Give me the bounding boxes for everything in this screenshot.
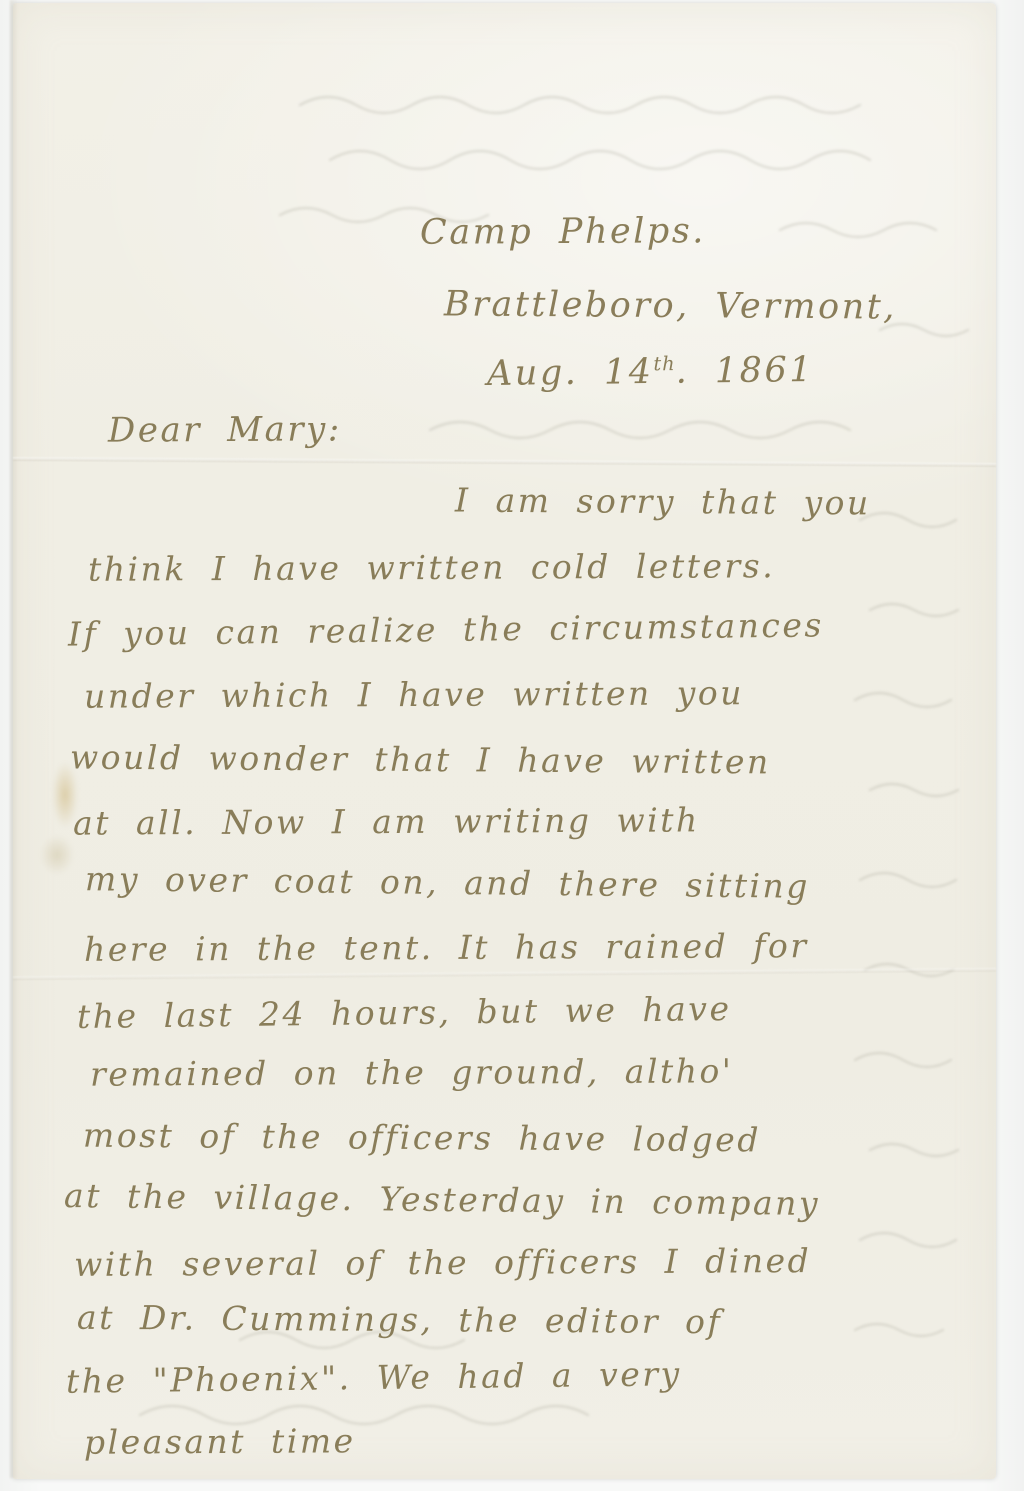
scanned-letter-page: Camp Phelps. Brattleboro, Vermont, Aug. …: [0, 0, 1024, 1491]
letter-line: remained on the ground, altho': [90, 1051, 734, 1093]
paper-stain: [40, 835, 74, 875]
heading-place-line-2: Brattleboro, Vermont,: [444, 284, 897, 327]
heading-date-line: Aug. 14th. 1861: [487, 350, 814, 394]
letter-line: at the village. Yesterday in company: [64, 1176, 820, 1223]
letter-line: with several of the officers I dined: [74, 1241, 811, 1284]
letter-line: here in the tent. It has rained for: [84, 926, 809, 969]
heading-date-superscript: th: [653, 352, 675, 375]
letter-line: pleasant time: [84, 1421, 356, 1461]
heading-date-prefix: Aug. 14: [487, 352, 654, 394]
letter-line: most of the officers have lodged: [83, 1116, 761, 1160]
salutation: Dear Mary:: [108, 409, 342, 450]
letter-line: the "Phoenix". We had a very: [66, 1354, 682, 1401]
heading-place-line-1: Camp Phelps.: [420, 211, 706, 252]
heading-date-suffix: . 1861: [675, 350, 814, 392]
letter-line: at all. Now I am writing with: [73, 800, 700, 842]
letter-line: my over coat on, and there sitting: [85, 859, 810, 906]
letter-line: the last 24 hours, but we have: [77, 989, 732, 1036]
paper-deckle-edge: [10, 0, 18, 1478]
letter-line: I am sorry that you: [455, 481, 871, 523]
letter-line: at Dr. Cummings, the editor of: [77, 1298, 722, 1342]
letter-line: would wonder that I have written: [70, 738, 771, 782]
letter-line: think I have written cold letters.: [88, 546, 775, 589]
letter-line: under which I have written you: [84, 673, 744, 715]
